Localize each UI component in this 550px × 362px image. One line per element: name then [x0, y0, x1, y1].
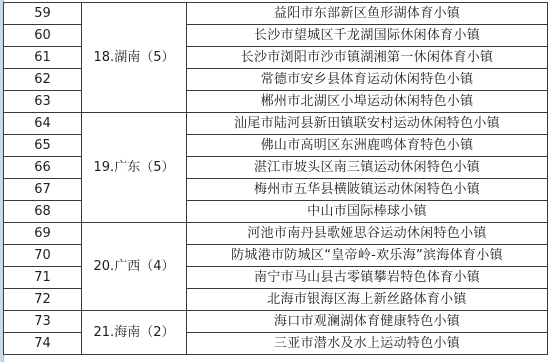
sports-town-table: 59 18.湖南（5） 益阳市东部新区鱼形湖体育小镇 60 长沙市望城区千龙湖国…: [3, 2, 548, 355]
row-number: 66: [4, 157, 82, 179]
town-name: 北海市银海区海上新丝路体育小镇: [187, 289, 548, 311]
town-name: 郴州市北湖区小埠运动休闲特色小镇: [187, 91, 548, 113]
town-name: 中山市国际棒球小镇: [187, 201, 548, 223]
province-cell: 21.海南（2）: [82, 311, 187, 355]
town-name: 梅州市五华县横陂镇运动休闲特色小镇: [187, 179, 548, 201]
town-name: 益阳市东部新区鱼形湖体育小镇: [187, 3, 548, 25]
row-number: 73: [4, 311, 82, 333]
row-number: 70: [4, 245, 82, 267]
row-number: 63: [4, 91, 82, 113]
row-number: 72: [4, 289, 82, 311]
row-number: 59: [4, 3, 82, 25]
town-name: 长沙市浏阳市沙市镇湖湘第一休闲体育小镇: [187, 47, 548, 69]
town-name: 常德市安乡县体育运动休闲特色小镇: [187, 69, 548, 91]
row-number: 68: [4, 201, 82, 223]
table-row: 59 18.湖南（5） 益阳市东部新区鱼形湖体育小镇: [4, 3, 548, 25]
row-number: 60: [4, 25, 82, 47]
row-number: 69: [4, 223, 82, 245]
row-number: 65: [4, 135, 82, 157]
town-name: 湛江市坡头区南三镇运动休闲特色小镇: [187, 157, 548, 179]
row-number: 74: [4, 333, 82, 355]
table-row: 64 19.广东（5） 汕尾市陆河县新田镇联安村运动休闲特色小镇: [4, 113, 548, 135]
town-name: 佛山市高明区东洲鹿鸣体育特色小镇: [187, 135, 548, 157]
province-cell: 19.广东（5）: [82, 113, 187, 223]
row-number: 71: [4, 267, 82, 289]
town-name: 汕尾市陆河县新田镇联安村运动休闲特色小镇: [187, 113, 548, 135]
town-name: 海口市观澜湖体育健康特色小镇: [187, 311, 548, 333]
table-row: 73 21.海南（2） 海口市观澜湖体育健康特色小镇: [4, 311, 548, 333]
table-row: 69 20.广西（4） 河池市南丹县歌娅思谷运动休闲特色小镇: [4, 223, 548, 245]
town-name: 长沙市望城区千龙湖国际休闲体育小镇: [187, 25, 548, 47]
province-cell: 20.广西（4）: [82, 223, 187, 311]
town-name: 防城港市防城区“皇帝岭-欢乐海”滨海体育小镇: [187, 245, 548, 267]
row-number: 67: [4, 179, 82, 201]
town-name: 三亚市潜水及水上运动特色小镇: [187, 333, 548, 355]
row-number: 64: [4, 113, 82, 135]
row-number: 61: [4, 47, 82, 69]
province-cell: 18.湖南（5）: [82, 3, 187, 113]
town-name: 河池市南丹县歌娅思谷运动休闲特色小镇: [187, 223, 548, 245]
row-number: 62: [4, 69, 82, 91]
town-name: 南宁市马山县古零镇攀岩特色体育小镇: [187, 267, 548, 289]
